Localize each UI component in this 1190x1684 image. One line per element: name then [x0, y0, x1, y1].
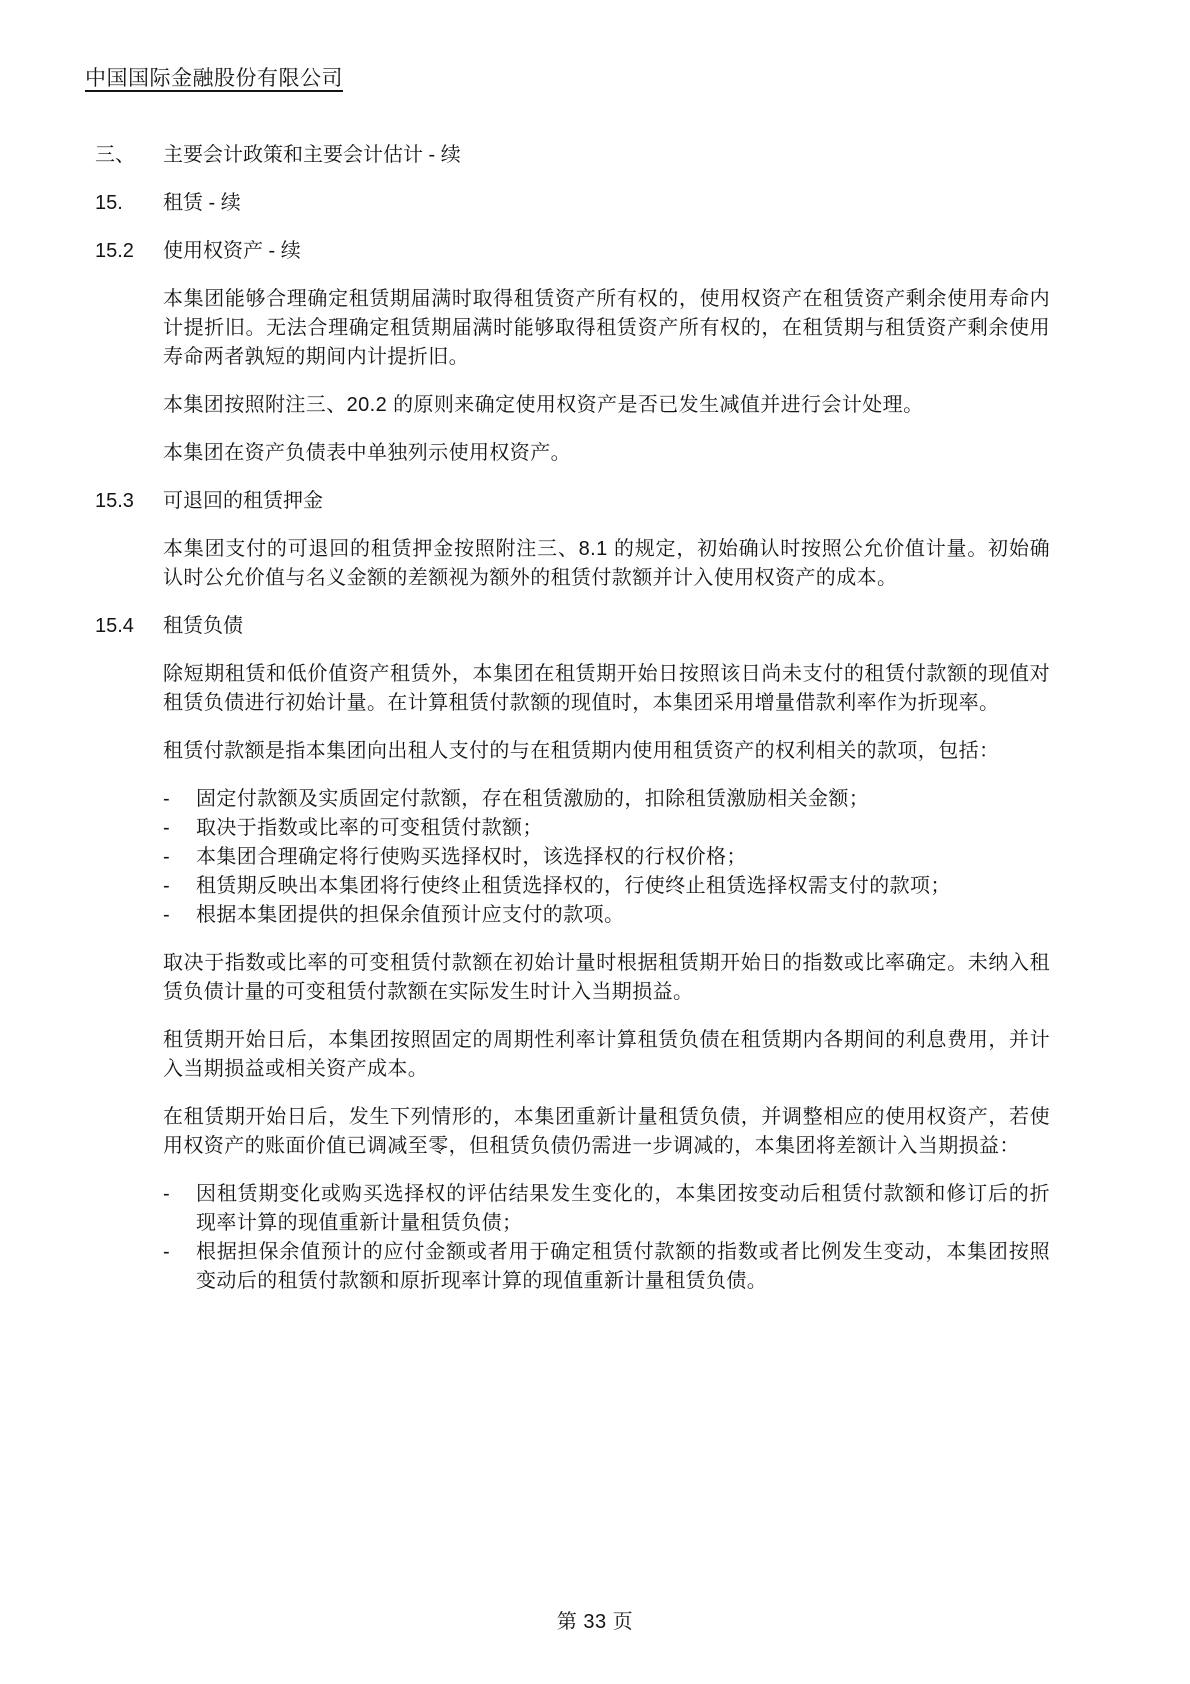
list-item: - 根据担保余值预计的应付金额或者用于确定租赁付款额的指数或者比例发生变动，本集… — [163, 1238, 1050, 1296]
list-item: - 租赁期反映出本集团将行使终止租赁选择权的，行使终止租赁选择权需支付的款项； — [163, 872, 1050, 901]
list-item: - 因租赁期变化或购买选择权的评估结果发生变化的，本集团按变动后租赁付款额和修订… — [163, 1180, 1050, 1238]
section-heading-15-4: 15.4 租赁负债 — [95, 612, 1050, 641]
company-name: 中国国际金融股份有限公司 — [85, 64, 1190, 93]
section-heading-15-2: 15.2 使用权资产 - 续 — [95, 237, 1050, 266]
dash-bullet: - — [163, 1180, 196, 1238]
section-title-main: 主要会计政策和主要会计估计 - 续 — [163, 141, 461, 170]
list-item-text: 取决于指数或比率的可变租赁付款额； — [196, 814, 543, 843]
section-title-15-3: 可退回的租赁押金 — [163, 487, 323, 516]
list-item-text: 根据本集团提供的担保余值预计应支付的款项。 — [196, 901, 624, 930]
section-number-15-3: 15.3 — [95, 487, 163, 516]
list-item-text: 根据担保余值预计的应付金额或者用于确定租赁付款额的指数或者比例发生变动，本集团按… — [196, 1238, 1050, 1296]
lease-payment-items-list: - 固定付款额及实质固定付款额，存在租赁激励的，扣除租赁激励相关金额； - 取决… — [163, 785, 1050, 930]
section-heading-15: 15. 租赁 - 续 — [95, 189, 1050, 218]
section-number-15-2: 15.2 — [95, 237, 163, 266]
paragraph-remeasurement-intro: 在租赁期开始日后，发生下列情形的，本集团重新计量租赁负债，并调整相应的使用权资产… — [163, 1103, 1050, 1161]
section-number-main: 三、 — [95, 141, 163, 170]
paragraph-variable-payments: 取决于指数或比率的可变租赁付款额在初始计量时根据租赁期开始日的指数或比率确定。未… — [163, 949, 1050, 1007]
list-item-text: 因租赁期变化或购买选择权的评估结果发生变化的，本集团按变动后租赁付款额和修订后的… — [196, 1180, 1050, 1238]
document-page: 中国国际金融股份有限公司 三、 主要会计政策和主要会计估计 - 续 15. 租赁… — [0, 0, 1190, 1684]
paragraph-rou-depreciation: 本集团能够合理确定租赁期届满时取得租赁资产所有权的，使用权资产在租赁资产剩余使用… — [163, 285, 1050, 372]
page-number: 第 33 页 — [0, 1608, 1190, 1637]
dash-bullet: - — [163, 872, 196, 901]
dash-bullet: - — [163, 1238, 196, 1296]
section-title-15-2: 使用权资产 - 续 — [163, 237, 301, 266]
list-item-text: 固定付款额及实质固定付款额，存在租赁激励的，扣除租赁激励相关金额； — [196, 785, 869, 814]
list-item: - 固定付款额及实质固定付款额，存在租赁激励的，扣除租赁激励相关金额； — [163, 785, 1050, 814]
paragraph-rou-presentation: 本集团在资产负债表中单独列示使用权资产。 — [163, 439, 1050, 468]
list-item: - 取决于指数或比率的可变租赁付款额； — [163, 814, 1050, 843]
paragraph-lease-payments-intro: 租赁付款额是指本集团向出租人支付的与在租赁期内使用租赁资产的权利相关的款项，包括… — [163, 737, 1050, 766]
list-item: - 根据本集团提供的担保余值预计应支付的款项。 — [163, 901, 1050, 930]
paragraph-liability-initial-measurement: 除短期租赁和低价值资产租赁外，本集团在租赁期开始日按照该日尚未支付的租赁付款额的… — [163, 660, 1050, 718]
dash-bullet: - — [163, 843, 196, 872]
section-title-15: 租赁 - 续 — [163, 189, 241, 218]
dash-bullet: - — [163, 814, 196, 843]
paragraph-periodic-interest: 租赁期开始日后，本集团按照固定的周期性利率计算租赁负债在租赁期内各期间的利息费用… — [163, 1026, 1050, 1084]
dash-bullet: - — [163, 901, 196, 930]
dash-bullet: - — [163, 785, 196, 814]
section-number-15: 15. — [95, 189, 163, 218]
paragraph-rou-impairment: 本集团按照附注三、20.2 的原则来确定使用权资产是否已发生减值并进行会计处理。 — [163, 391, 1050, 420]
section-heading-main: 三、 主要会计政策和主要会计估计 - 续 — [95, 141, 1050, 170]
paragraph-refundable-deposit: 本集团支付的可退回的租赁押金按照附注三、8.1 的规定，初始确认时按照公允价值计… — [163, 535, 1050, 593]
remeasurement-items-list: - 因租赁期变化或购买选择权的评估结果发生变化的，本集团按变动后租赁付款额和修订… — [163, 1180, 1050, 1296]
list-item: - 本集团合理确定将行使购买选择权时，该选择权的行权价格； — [163, 843, 1050, 872]
list-item-text: 租赁期反映出本集团将行使终止租赁选择权的，行使终止租赁选择权需支付的款项； — [196, 872, 951, 901]
section-number-15-4: 15.4 — [95, 612, 163, 641]
section-title-15-4: 租赁负债 — [163, 612, 243, 641]
list-item-text: 本集团合理确定将行使购买选择权时，该选择权的行权价格； — [196, 843, 747, 872]
section-heading-15-3: 15.3 可退回的租赁押金 — [95, 487, 1050, 516]
